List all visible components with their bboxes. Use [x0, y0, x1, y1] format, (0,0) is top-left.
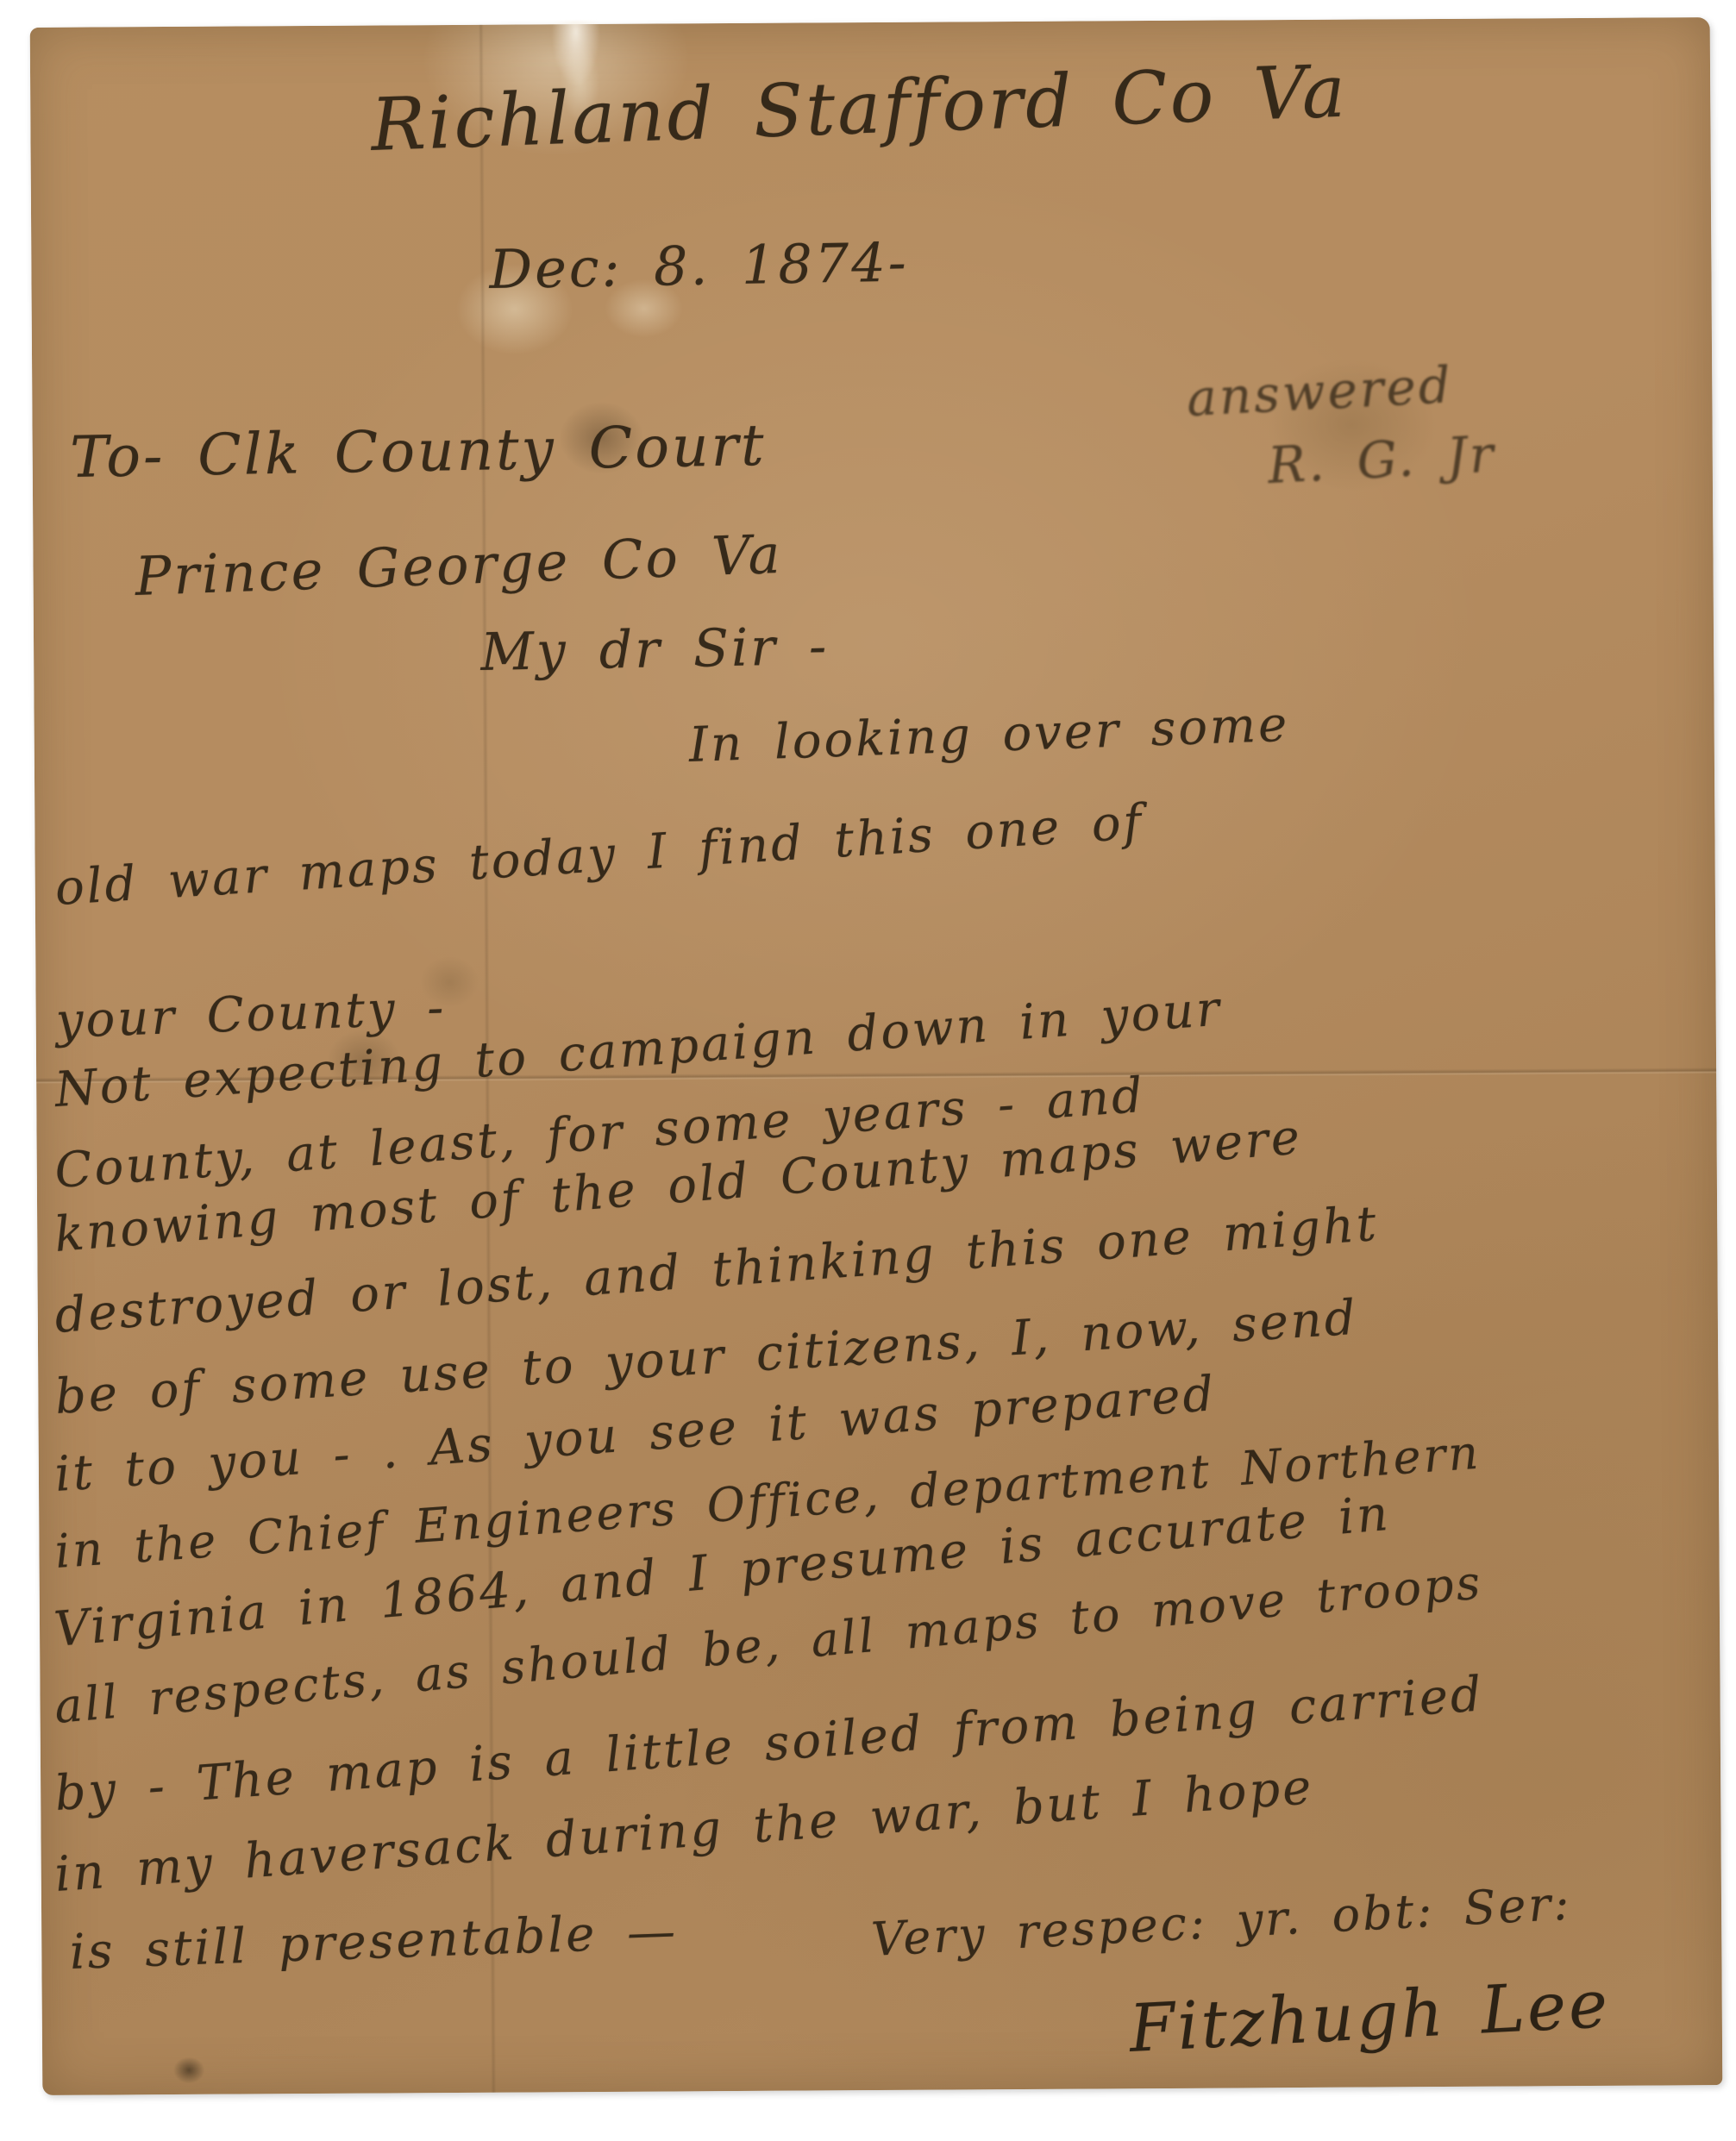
- salutation: My dr Sir -: [480, 617, 830, 683]
- docket-note-initials: R. G. Jr: [1266, 424, 1497, 495]
- heading-date: Dec: 8. 1874-: [489, 231, 910, 301]
- scanned-letter-page: Richland Stafford Co Va Dec: 8. 1874- an…: [0, 0, 1736, 2141]
- address-line-recipient: To- Clk County Court: [70, 412, 768, 491]
